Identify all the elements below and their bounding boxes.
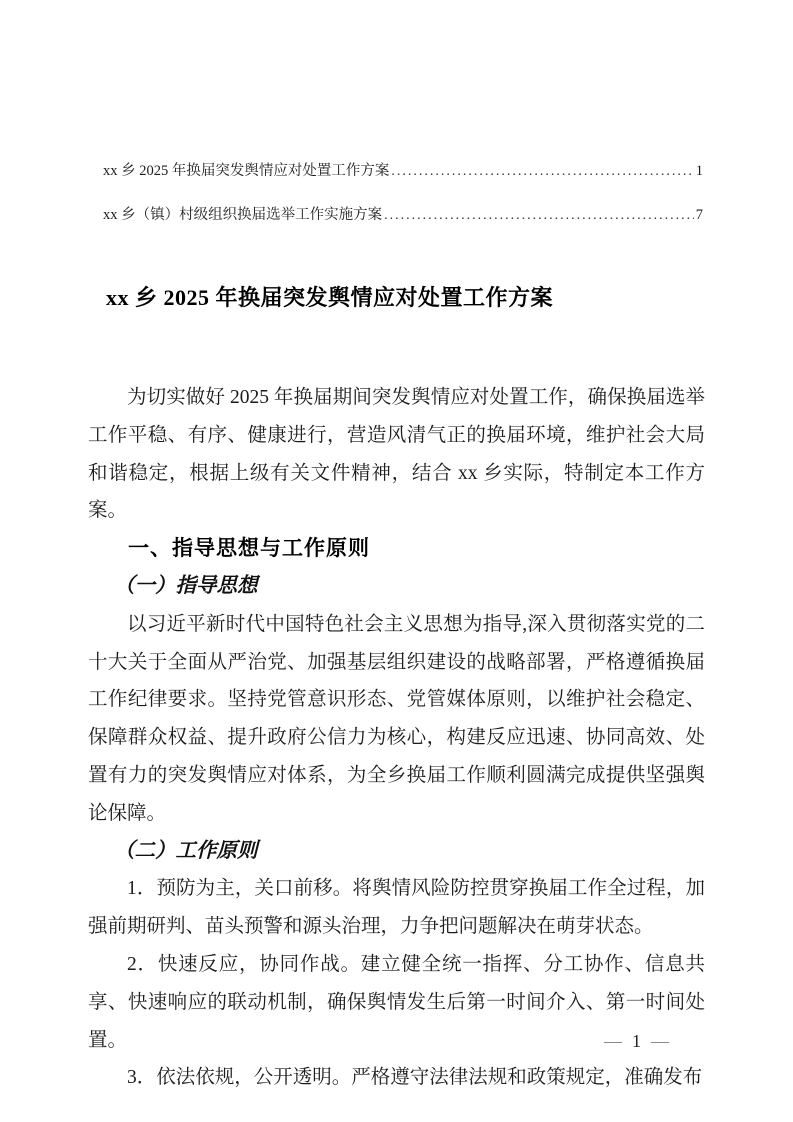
numbered-item: 1．预防为主，关口前移。将舆情风险防控贯穿换届工作全过程，加强前期研判、苗头预警… <box>88 870 705 946</box>
toc-page-number: 7 <box>696 205 703 225</box>
page-number-dash: — <box>651 1031 669 1051</box>
toc-entry[interactable]: xx 乡（镇）村级组织换届选举工作实施方案 7 <box>103 205 703 225</box>
subsection-heading: （二）工作原则 <box>88 833 705 871</box>
document-body: 为切实做好 2025 年换届期间突发舆情应对处置工作，确保换届选举工作平稳、有序… <box>88 379 705 1097</box>
toc-page-number: 1 <box>696 161 703 181</box>
toc-dot-leader <box>384 206 694 224</box>
page-number: —1— <box>604 1030 669 1052</box>
toc-entry-title: xx 乡 2025 年换届突发舆情应对处置工作方案 <box>103 161 389 181</box>
section-heading: 一、指导思想与工作原则 <box>88 530 705 568</box>
body-paragraph: 以习近平新时代中国特色社会主义思想为指导,深入贯彻落实党的二十大关于全面从严治党… <box>88 606 705 833</box>
numbered-item: 3．依法依规，公开透明。严格遵守法律法规和政策规定，准确发布 <box>88 1059 705 1097</box>
document-title: xx 乡 2025 年换届突发舆情应对处置工作方案 <box>88 283 705 313</box>
page-number-value: 1 <box>632 1031 641 1051</box>
document-page: xx 乡 2025 年换届突发舆情应对处置工作方案 1 xx 乡（镇）村级组织换… <box>0 0 793 1122</box>
toc-entry[interactable]: xx 乡 2025 年换届突发舆情应对处置工作方案 1 <box>103 161 703 181</box>
subsection-heading: （一）指导思想 <box>88 568 705 606</box>
toc-dot-leader <box>391 162 693 180</box>
toc-entry-title: xx 乡（镇）村级组织换届选举工作实施方案 <box>103 205 382 225</box>
table-of-contents: xx 乡 2025 年换届突发舆情应对处置工作方案 1 xx 乡（镇）村级组织换… <box>103 161 703 225</box>
page-number-dash: — <box>604 1031 622 1051</box>
intro-paragraph: 为切实做好 2025 年换届期间突发舆情应对处置工作，确保换届选举工作平稳、有序… <box>88 379 705 530</box>
